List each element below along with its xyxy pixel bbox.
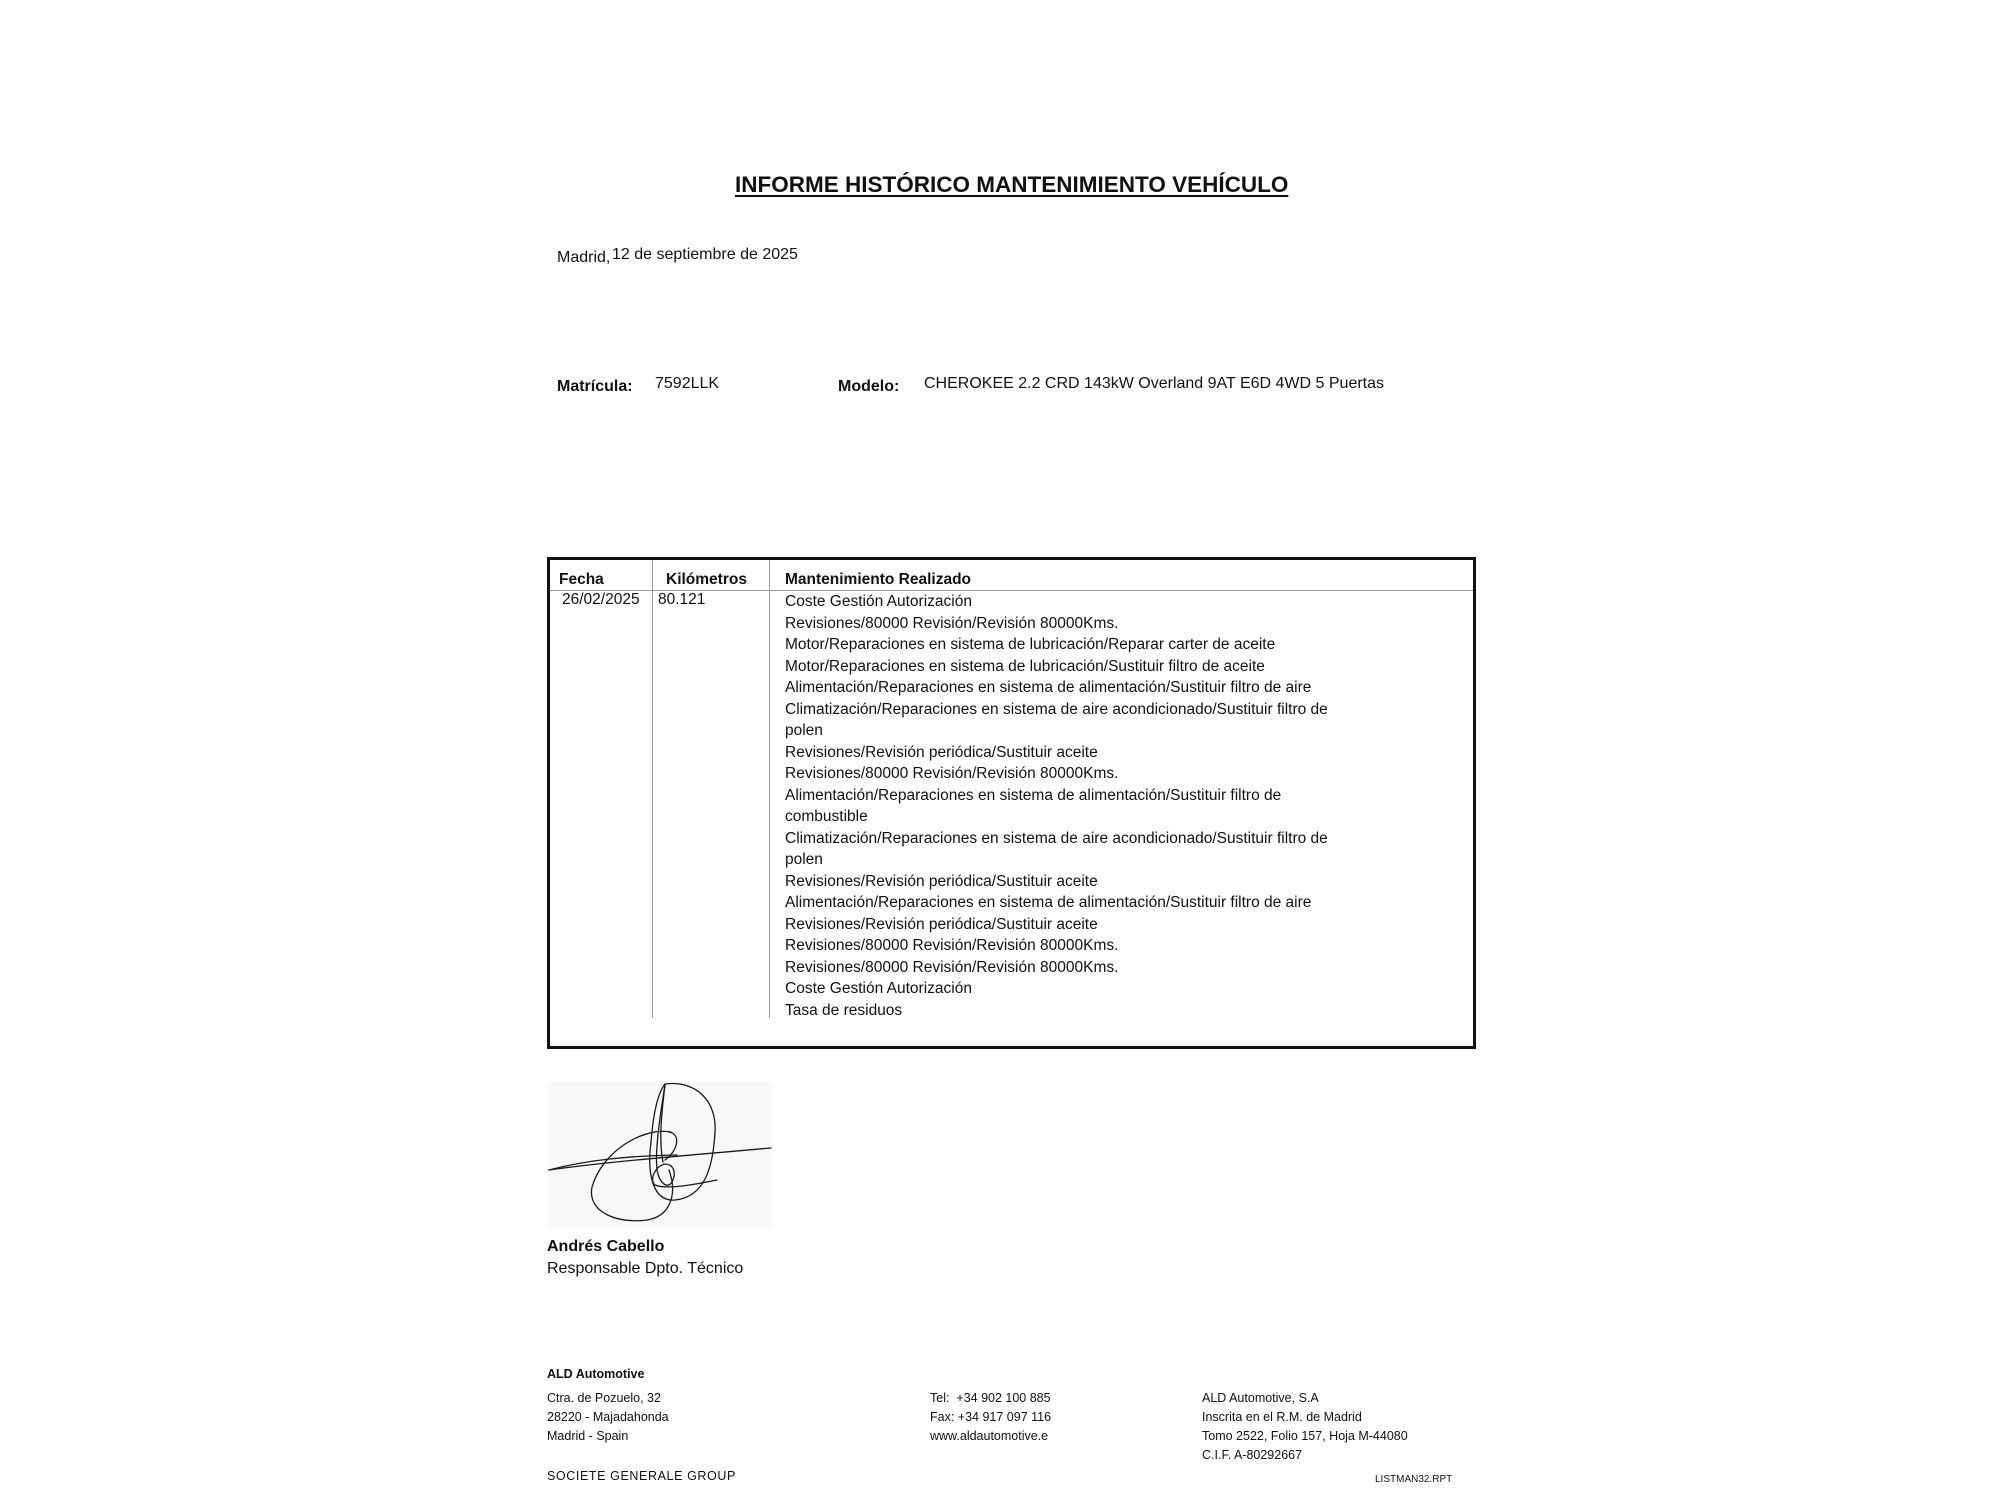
footer-contact: Tel: +34 902 100 885 Fax: +34 917 097 11… bbox=[930, 1389, 1051, 1446]
maintenance-item: Revisiones/Revisión periódica/Sustituir … bbox=[785, 871, 1328, 893]
footer-legal: ALD Automotive, S.A Inscrita en el R.M. … bbox=[1202, 1389, 1408, 1465]
fax: Fax: +34 917 097 116 bbox=[930, 1408, 1051, 1427]
legal-line: ALD Automotive, S.A bbox=[1202, 1389, 1408, 1408]
address-line: Madrid - Spain bbox=[547, 1427, 669, 1446]
maintenance-item: Climatización/Reparaciones en sistema de… bbox=[785, 828, 1328, 850]
model-label: Modelo: bbox=[838, 378, 899, 396]
maintenance-item: Coste Gestión Autorización bbox=[785, 978, 1328, 1000]
signer-name: Andrés Cabello bbox=[547, 1238, 664, 1256]
column-divider bbox=[769, 560, 770, 1018]
column-header-date: Fecha bbox=[559, 571, 604, 589]
maintenance-item: Tasa de residuos bbox=[785, 1000, 1328, 1022]
legal-line: C.I.F. A-80292667 bbox=[1202, 1446, 1408, 1465]
report-place: Madrid, bbox=[557, 249, 610, 267]
address-line: 28220 - Majadahonda bbox=[547, 1408, 669, 1427]
plate-label: Matrícula: bbox=[557, 378, 633, 396]
footer-company: ALD Automotive bbox=[547, 1367, 644, 1381]
maintenance-item: Alimentación/Reparaciones en sistema de … bbox=[785, 677, 1328, 699]
signer-role: Responsable Dpto. Técnico bbox=[547, 1260, 743, 1278]
maintenance-item: polen bbox=[785, 849, 1328, 871]
maintenance-item: Revisiones/80000 Revisión/Revisión 80000… bbox=[785, 957, 1328, 979]
maintenance-item: Revisiones/80000 Revisión/Revisión 80000… bbox=[785, 763, 1328, 785]
address-line: Ctra. de Pozuelo, 32 bbox=[547, 1389, 669, 1408]
column-header-maintenance: Mantenimiento Realizado bbox=[785, 571, 971, 589]
maintenance-item: Coste Gestión Autorización bbox=[785, 591, 1328, 613]
legal-line: Tomo 2522, Folio 157, Hoja M-44080 bbox=[1202, 1427, 1408, 1446]
maintenance-item: Revisiones/Revisión periódica/Sustituir … bbox=[785, 914, 1328, 936]
phone: Tel: +34 902 100 885 bbox=[930, 1389, 1051, 1408]
report-date: 12 de septiembre de 2025 bbox=[612, 246, 798, 264]
maintenance-item: Alimentación/Reparaciones en sistema de … bbox=[785, 785, 1328, 807]
column-divider bbox=[652, 560, 653, 1018]
signature-image bbox=[547, 1082, 773, 1229]
maintenance-item: Revisiones/Revisión periódica/Sustituir … bbox=[785, 742, 1328, 764]
row-km: 80.121 bbox=[658, 591, 705, 609]
maintenance-items-list: Coste Gestión AutorizaciónRevisiones/800… bbox=[785, 591, 1328, 1021]
row-date: 26/02/2025 bbox=[562, 591, 640, 609]
maintenance-table: Fecha Kilómetros Mantenimiento Realizado… bbox=[547, 557, 1476, 1049]
maintenance-item: Motor/Reparaciones en sistema de lubrica… bbox=[785, 656, 1328, 678]
group-logo-text: SOCIETE GENERALE GROUP bbox=[547, 1469, 736, 1483]
legal-line: Inscrita en el R.M. de Madrid bbox=[1202, 1408, 1408, 1427]
maintenance-item: Alimentación/Reparaciones en sistema de … bbox=[785, 892, 1328, 914]
maintenance-item: polen bbox=[785, 720, 1328, 742]
plate-value: 7592LLK bbox=[655, 375, 719, 393]
footer-address: Ctra. de Pozuelo, 32 28220 - Majadahonda… bbox=[547, 1389, 669, 1446]
maintenance-item: Revisiones/80000 Revisión/Revisión 80000… bbox=[785, 613, 1328, 635]
maintenance-item: Revisiones/80000 Revisión/Revisión 80000… bbox=[785, 935, 1328, 957]
report-title: INFORME HISTÓRICO MANTENIMIENTO VEHÍCULO bbox=[735, 172, 1288, 198]
website-link[interactable]: www.aldautomotive.e bbox=[930, 1427, 1051, 1446]
model-value: CHEROKEE 2.2 CRD 143kW Overland 9AT E6D … bbox=[924, 375, 1384, 393]
maintenance-item: Motor/Reparaciones en sistema de lubrica… bbox=[785, 634, 1328, 656]
report-code: LISTMAN32.RPT bbox=[1375, 1474, 1452, 1485]
maintenance-item: Climatización/Reparaciones en sistema de… bbox=[785, 699, 1328, 721]
maintenance-item: combustible bbox=[785, 806, 1328, 828]
column-header-km: Kilómetros bbox=[666, 571, 747, 589]
signature-icon bbox=[547, 1082, 773, 1229]
